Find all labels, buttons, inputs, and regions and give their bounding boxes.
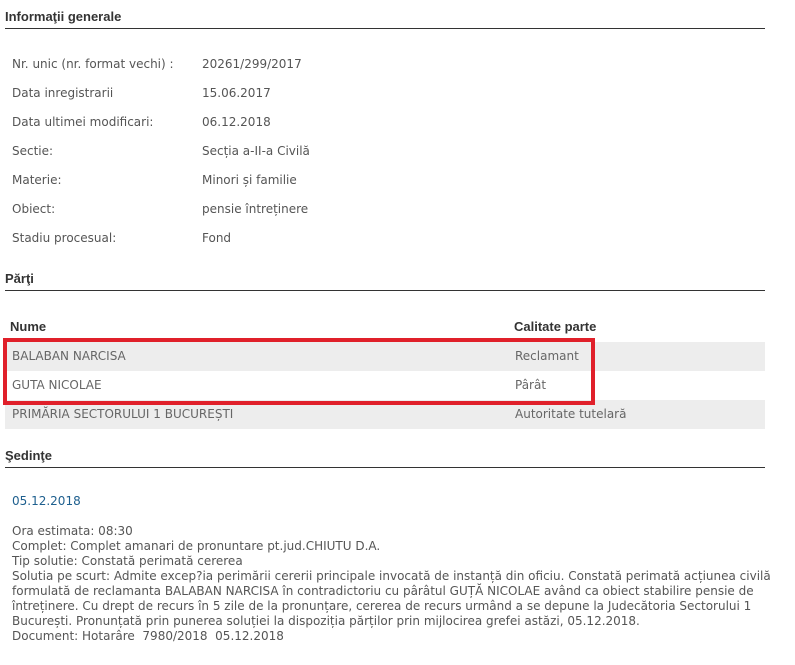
info-value: Minori și familie	[202, 171, 297, 189]
info-value: pensie întreținere	[202, 200, 308, 218]
info-value: 15.06.2017	[202, 84, 271, 102]
section-divider	[5, 290, 765, 291]
info-label: Nr. unic (nr. format vechi) :	[12, 55, 174, 73]
party-row: GUTA NICOLAE Pârât	[5, 371, 765, 400]
hearing-solution-summary-line: București. Pronunțată prin punerea soluț…	[12, 614, 772, 629]
info-label: Sectie:	[12, 142, 53, 160]
info-value: 20261/299/2017	[202, 55, 302, 73]
hearing-date-link[interactable]: 05.12.2018	[12, 494, 81, 508]
party-row: BALABAN NARCISA Reclamant	[5, 342, 765, 371]
column-header-name: Nume	[10, 319, 46, 334]
party-role: Pârât	[515, 371, 546, 400]
hearing-solution-summary-line: formulată de reclamanta BALABAN NARCISA …	[12, 584, 772, 599]
info-label: Data inregistrarii	[12, 84, 113, 102]
info-label: Data ultimei modificari:	[12, 113, 153, 131]
info-value: 06.12.2018	[202, 113, 271, 131]
info-value: Fond	[202, 229, 231, 247]
hearing-solution-summary-line: întreținere. Cu drept de recurs în 5 zil…	[12, 599, 772, 614]
section-title-hearings: Şedinţe	[5, 448, 52, 463]
column-header-role: Calitate parte	[514, 319, 596, 334]
section-title-parties: Părţi	[5, 271, 34, 286]
hearing-solution-type: Tip solutie: Constată perimată cererea	[12, 554, 772, 569]
section-divider	[5, 28, 765, 29]
hearing-details: Ora estimata: 08:30 Complet: Complet ama…	[12, 524, 772, 644]
party-row: PRIMĂRIA SECTORULUI 1 BUCUREȘTI Autorita…	[5, 400, 765, 429]
party-role: Autoritate tutelară	[515, 400, 626, 429]
party-name: GUTA NICOLAE	[12, 371, 102, 400]
info-value: Secția a-II-a Civilă	[202, 142, 310, 160]
info-label: Materie:	[12, 171, 62, 189]
section-divider	[5, 467, 765, 468]
hearing-panel: Complet: Complet amanari de pronuntare p…	[12, 539, 772, 554]
section-title-general-info: Informaţii generale	[5, 9, 121, 24]
hearing-estimated-time: Ora estimata: 08:30	[12, 524, 772, 539]
hearing-document: Document: Hotarâre 7980/2018 05.12.2018	[12, 629, 772, 644]
party-name: PRIMĂRIA SECTORULUI 1 BUCUREȘTI	[12, 400, 233, 429]
party-role: Reclamant	[515, 342, 579, 371]
info-label: Obiect:	[12, 200, 55, 218]
hearing-solution-summary-line: Solutia pe scurt: Admite excep?ia perimă…	[12, 569, 772, 584]
party-name: BALABAN NARCISA	[12, 342, 126, 371]
info-label: Stadiu procesual:	[12, 229, 116, 247]
